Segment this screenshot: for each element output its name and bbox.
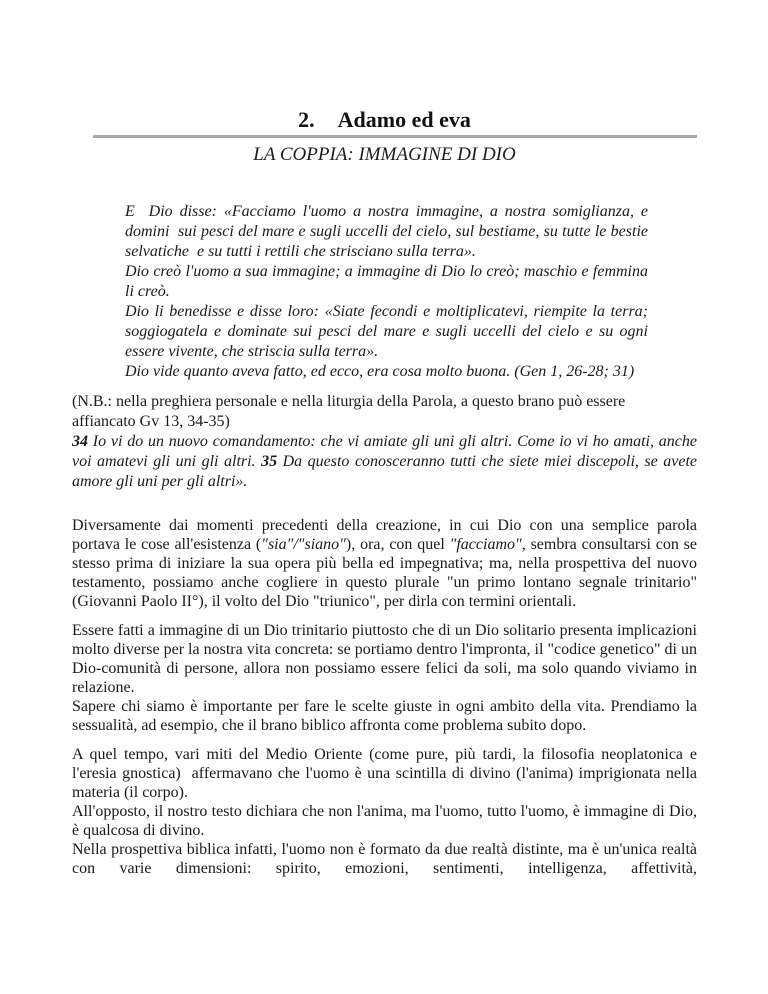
page-title: 2.Adamo ed eva [72,107,697,133]
quote-paragraph: Dio li benedisse e disse loro: «Siate fe… [125,302,648,362]
commentary-italic-segment: "sia"/"siano" [261,536,346,553]
commentary-text-continues: Nella prospettiva biblica infatti, l'uom… [72,840,697,878]
verse-number: 35 [261,453,277,470]
quote-paragraph: Dio vide quanto aveva fatto, ed ecco, er… [125,362,648,382]
commentary-text: Diversamente dai momenti precedenti dell… [72,516,697,611]
commentary-segment: ), ora, con quel [346,536,450,553]
verse-number: 34 [72,433,88,450]
document-subtitle: LA COPPIA: IMMAGINE DI DIO [72,142,697,167]
scripture-quote-block: E Dio disse: «Facciamo l'uomo a nostra i… [125,202,648,382]
nota-bene-block: (N.B.: nella preghiera personale e nella… [72,392,697,492]
commentary-paragraph-3: A quel tempo, vari miti del Medio Orient… [72,745,697,878]
title-number: 2. [298,107,315,132]
document-page: 2.Adamo ed eva LA COPPIA: IMMAGINE DI DI… [0,0,768,994]
commentary-italic-segment: "facciamo" [450,536,522,553]
quote-paragraph: E Dio disse: «Facciamo l'uomo a nostra i… [125,202,648,262]
commentary-text: A quel tempo, vari miti del Medio Orient… [72,745,697,802]
quote-paragraph: Dio creò l'uomo a sua immagine; a immagi… [125,262,648,302]
title-underline-rule [93,135,697,138]
nb-note: (N.B.: nella preghiera personale e nella… [72,392,697,432]
commentary-text: Essere fatti a immagine di un Dio trinit… [72,621,697,697]
gospel-verse: 34 Io vi do un nuovo comandamento: che v… [72,432,697,492]
commentary-paragraph-1: Diversamente dai momenti precedenti dell… [72,516,697,611]
commentary-paragraph-2: Essere fatti a immagine di un Dio trinit… [72,621,697,735]
title-text: Adamo ed eva [338,107,471,132]
nb-note-line: (N.B.: nella preghiera personale e nella… [72,392,697,412]
commentary-text: All'opposto, il nostro testo dichiara ch… [72,802,697,840]
nb-note-line: affiancato Gv 13, 34-35) [72,412,697,432]
commentary-text: Sapere chi siamo è importante per fare l… [72,697,697,735]
